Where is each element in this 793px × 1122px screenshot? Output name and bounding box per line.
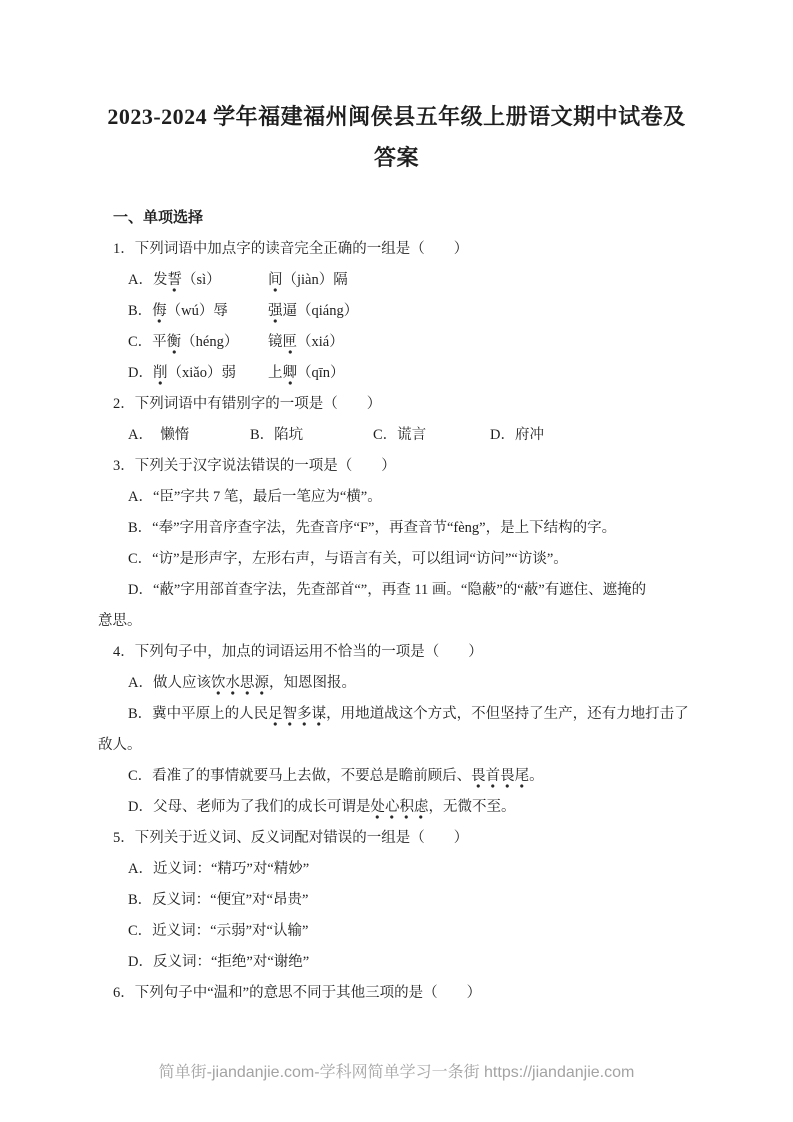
text-segment: （sì）: [182, 272, 221, 288]
question-2-stem: 2．下列词语中有错别字的一项是（ ）: [98, 389, 703, 420]
text-segment: B．“奉”字用音序查字法，先查音序“F”，再查音节“fèng”，是上下结构的字。: [128, 520, 616, 536]
text-segment: A．“臣”字共 7 笔，最后一笔应为“横”。: [128, 489, 382, 505]
exam-title-line2: 答案: [40, 137, 753, 178]
question-3-option-d: D．“蔽”字用部首查字法，先查部首“”，再查 11 画。“隐蔽”的“蔽”有遮住、…: [98, 575, 703, 606]
question-3-option-c: C．“访”是形声字，左形右声，与语言有关，可以组词“访问”“访谈”。: [98, 544, 703, 575]
text-segment: 3．下列关于汉字说法错误的一项是（ ）: [113, 458, 396, 474]
text-segment: （héng）: [181, 334, 238, 350]
emphasis-dotted-text: 畏首畏尾: [471, 768, 529, 788]
text-segment: C．平: [128, 334, 167, 350]
text-segment: C．看准了的事情就要马上去做，不要总是瞻前顾后、: [128, 768, 471, 784]
emphasis-dotted-text: 侮: [152, 303, 167, 323]
text-segment: D．: [128, 365, 153, 381]
question-4-option-c: C．看准了的事情就要马上去做，不要总是瞻前顾后、畏首畏尾。: [98, 761, 703, 792]
text-segment: D．父母、老师为了我们的成长可谓是: [128, 799, 370, 815]
text-segment: 6．下列句子中“温和”的意思不同于其他三项的是（ ）: [113, 985, 481, 1001]
text-segment: （wú）辱: [167, 303, 228, 319]
watermark-footer: 简单街-jiandanjie.com-学科网简单学习一条街 https://ji…: [0, 1062, 793, 1083]
text-segment: 敌人。: [98, 737, 142, 753]
text-segment: 2．下列词语中有错别字的一项是（ ）: [113, 396, 381, 412]
text-segment: D．反义词：“拒绝”对“谢绝”: [128, 954, 309, 970]
question-6-stem: 6．下列句子中“温和”的意思不同于其他三项的是（ ）: [98, 978, 703, 1009]
emphasis-dotted-text: 卿: [283, 365, 298, 385]
emphasis-dotted-text: 削: [153, 365, 168, 385]
text-segment: 4．下列句子中，加点的词语运用不恰当的一项是（ ）: [113, 644, 483, 660]
text-segment: C．“访”是形声字，左形右声，与语言有关，可以组词“访问”“访谈”。: [128, 551, 568, 567]
option-column-right: 上卿（qīn）: [268, 365, 345, 385]
document-body: 一、单项选择1．下列词语中加点字的读音完全正确的一组是（ ）A．发誓（sì）间（…: [98, 203, 703, 1009]
text-segment: 。: [529, 768, 544, 784]
text-segment: 意思。: [98, 613, 142, 629]
emphasis-dotted-text: 誓: [167, 272, 182, 292]
question-5-option-b: B．反义词：“便宜”对“昂贵”: [98, 885, 703, 916]
text-segment: （xiǎo）弱: [167, 365, 235, 381]
option-column-left: B．侮（wú）辱: [128, 296, 268, 327]
question-1-option-b: B．侮（wú）辱强逼（qiáng）: [98, 296, 703, 327]
exam-title-line1: 2023-2024 学年福建福州闽侯县五年级上册语文期中试卷及: [40, 96, 753, 137]
text-segment: B．陷坑: [250, 427, 303, 443]
text-segment: ，无微不至。: [428, 799, 515, 815]
text-segment: B．反义词：“便宜”对“昂贵”: [128, 892, 308, 908]
section-heading: 一、单项选择: [98, 203, 703, 234]
text-segment: 镜: [268, 334, 283, 350]
question-3-option-b: B．“奉”字用音序查字法，先查音序“F”，再查音节“fèng”，是上下结构的字。: [98, 513, 703, 544]
text-segment: ，知恩图报。: [269, 675, 356, 691]
text-segment: A．近义词：“精巧”对“精妙”: [128, 861, 309, 877]
emphasis-dotted-text: 饮水思源: [211, 675, 269, 695]
text-segment: 上: [268, 365, 283, 381]
exam-title: 2023-2024 学年福建福州闽侯县五年级上册语文期中试卷及 答案: [40, 96, 753, 178]
text-segment: 一、单项选择: [113, 210, 203, 226]
question-3-option-a: A．“臣”字共 7 笔，最后一笔应为“横”。: [98, 482, 703, 513]
text-segment: D．“蔽”字用部首查字法，先查部首“”，再查 11 画。“隐蔽”的“蔽”有遮住、…: [128, 582, 646, 598]
option-cell: A． 懒惰: [128, 420, 250, 451]
option-column-right: 强逼（qiáng）: [268, 303, 358, 323]
text-segment: A．做人应该: [128, 675, 211, 691]
text-segment: 5．下列关于近义词、反义词配对错误的一组是（ ）: [113, 830, 468, 846]
option-column-left: D．削（xiǎo）弱: [128, 358, 268, 389]
option-cell: D．府冲: [490, 420, 544, 451]
text-segment: 1．下列词语中加点字的读音完全正确的一组是（ ）: [113, 241, 468, 257]
text-segment: （jiàn）隔: [283, 272, 348, 288]
option-column-left: A．发誓（sì）: [128, 265, 268, 296]
question-3-option-d-continuation: 意思。: [98, 606, 703, 637]
text-segment: B．冀中平原上的人民: [128, 706, 268, 722]
text-segment: A．发: [128, 272, 167, 288]
text-segment: （xiá）: [297, 334, 344, 350]
text-segment: B．: [128, 303, 152, 319]
question-5-option-d: D．反义词：“拒绝”对“谢绝”: [98, 947, 703, 978]
question-5-option-c: C．近义词：“示弱”对“认输”: [98, 916, 703, 947]
question-4-stem: 4．下列句子中，加点的词语运用不恰当的一项是（ ）: [98, 637, 703, 668]
question-4-option-b-continuation: 敌人。: [98, 730, 703, 761]
emphasis-dotted-text: 强: [268, 303, 283, 323]
text-segment: 逼（qiáng）: [283, 303, 359, 319]
question-4-option-a: A．做人应该饮水思源，知恩图报。: [98, 668, 703, 699]
text-segment: ，用地道战这个方式，不但坚持了生产，还有力地打击了: [326, 706, 689, 722]
question-1-option-a: A．发誓（sì）间（jiàn）隔: [98, 265, 703, 296]
text-segment: A． 懒惰: [128, 427, 189, 443]
text-segment: C．谎言: [373, 427, 426, 443]
question-5-option-a: A．近义词：“精巧”对“精妙”: [98, 854, 703, 885]
option-column-left: C．平衡（héng）: [128, 327, 268, 358]
text-segment: C．近义词：“示弱”对“认输”: [128, 923, 308, 939]
option-column-right: 间（jiàn）隔: [268, 272, 348, 292]
option-cell: C．谎言: [373, 420, 490, 451]
question-5-stem: 5．下列关于近义词、反义词配对错误的一组是（ ）: [98, 823, 703, 854]
text-segment: （qīn）: [297, 365, 345, 381]
question-4-option-d: D．父母、老师为了我们的成长可谓是处心积虑，无微不至。: [98, 792, 703, 823]
text-segment: D．府冲: [490, 427, 544, 443]
emphasis-dotted-text: 处心积虑: [370, 799, 428, 819]
question-1-option-c: C．平衡（héng）镜匣（xiá）: [98, 327, 703, 358]
question-2-options-row: A． 懒惰B．陷坑C．谎言D．府冲: [98, 420, 703, 451]
emphasis-dotted-text: 衡: [167, 334, 182, 354]
emphasis-dotted-text: 匣: [283, 334, 298, 354]
option-cell: B．陷坑: [250, 420, 373, 451]
emphasis-dotted-text: 足智多谋: [268, 706, 326, 726]
emphasis-dotted-text: 间: [268, 272, 283, 292]
question-4-option-b: B．冀中平原上的人民足智多谋，用地道战这个方式，不但坚持了生产，还有力地打击了: [98, 699, 703, 730]
option-column-right: 镜匣（xiá）: [268, 334, 344, 354]
question-1-stem: 1．下列词语中加点字的读音完全正确的一组是（ ）: [98, 234, 703, 265]
question-3-stem: 3．下列关于汉字说法错误的一项是（ ）: [98, 451, 703, 482]
exam-page: 2023-2024 学年福建福州闽侯县五年级上册语文期中试卷及 答案 一、单项选…: [0, 0, 793, 1122]
question-1-option-d: D．削（xiǎo）弱上卿（qīn）: [98, 358, 703, 389]
